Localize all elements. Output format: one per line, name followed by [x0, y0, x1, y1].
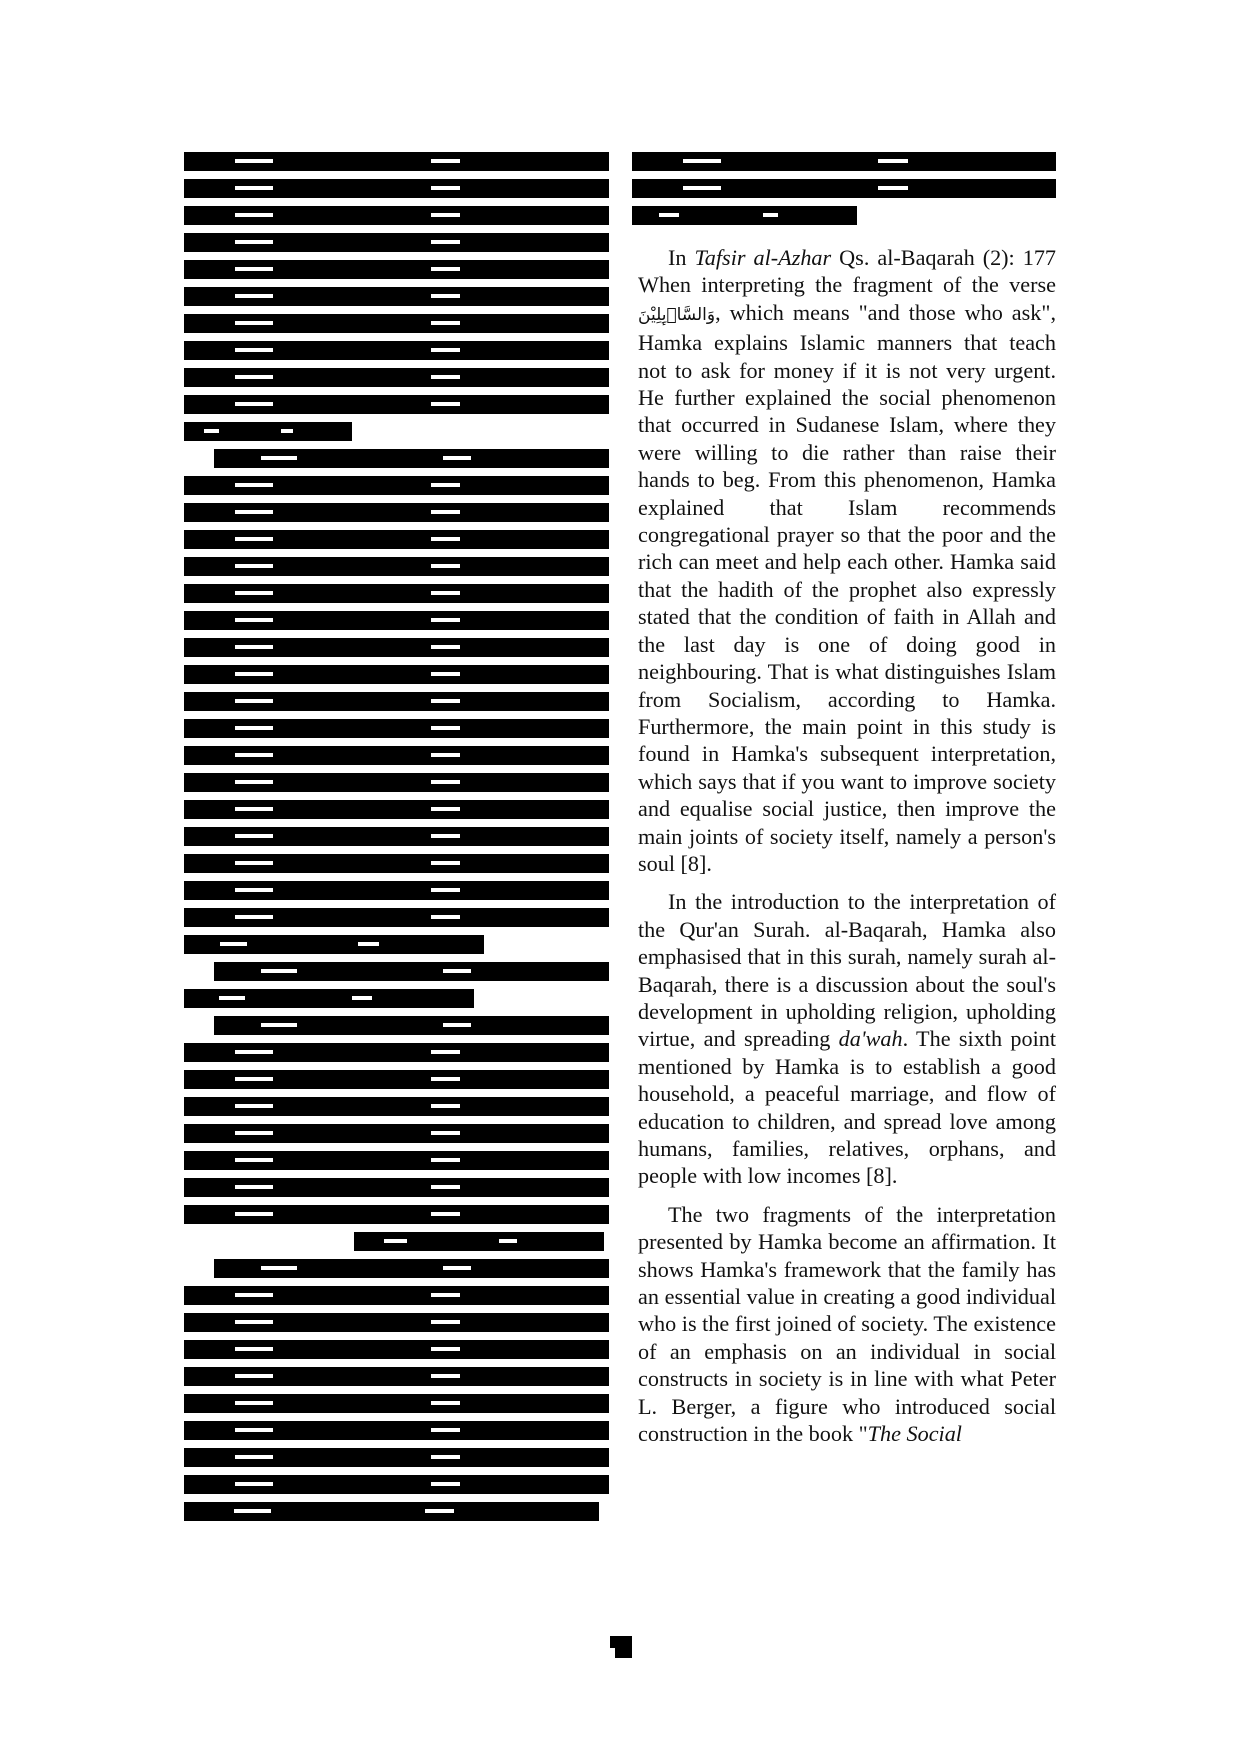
arabic-verse: وَالسَّاۤىِٕلِيْنَ	[638, 305, 715, 325]
redacted-block-2	[184, 449, 609, 954]
book-title: The Social	[868, 1421, 962, 1446]
document-page: In Tafsir al-Azhar Qs. al-Baqarah (2): 1…	[0, 0, 1241, 1753]
right-column-header-redacted	[632, 152, 1056, 233]
paragraph-1: In Tafsir al-Azhar Qs. al-Baqarah (2): 1…	[638, 244, 1056, 877]
redacted-block-5	[184, 1259, 609, 1521]
paragraph-2: In the introduction to the interpretatio…	[638, 888, 1056, 1189]
redacted-block-1	[184, 152, 609, 441]
tafsir-title: Tafsir al-Azhar	[695, 245, 832, 270]
dawah-term: da'wah	[839, 1026, 903, 1051]
redacted-block-3	[184, 962, 609, 1008]
text-run: , which means "and those who ask", Hamka…	[638, 300, 1056, 876]
page-number-redacted	[610, 1636, 632, 1658]
text-run: The two fragments of the interpretation …	[638, 1202, 1056, 1446]
paragraph-3: The two fragments of the interpretation …	[638, 1201, 1056, 1448]
right-column-body: In Tafsir al-Azhar Qs. al-Baqarah (2): 1…	[638, 244, 1056, 1458]
redacted-block-4	[184, 1016, 609, 1251]
text-run: In	[668, 245, 695, 270]
left-column-redacted	[184, 152, 609, 1529]
